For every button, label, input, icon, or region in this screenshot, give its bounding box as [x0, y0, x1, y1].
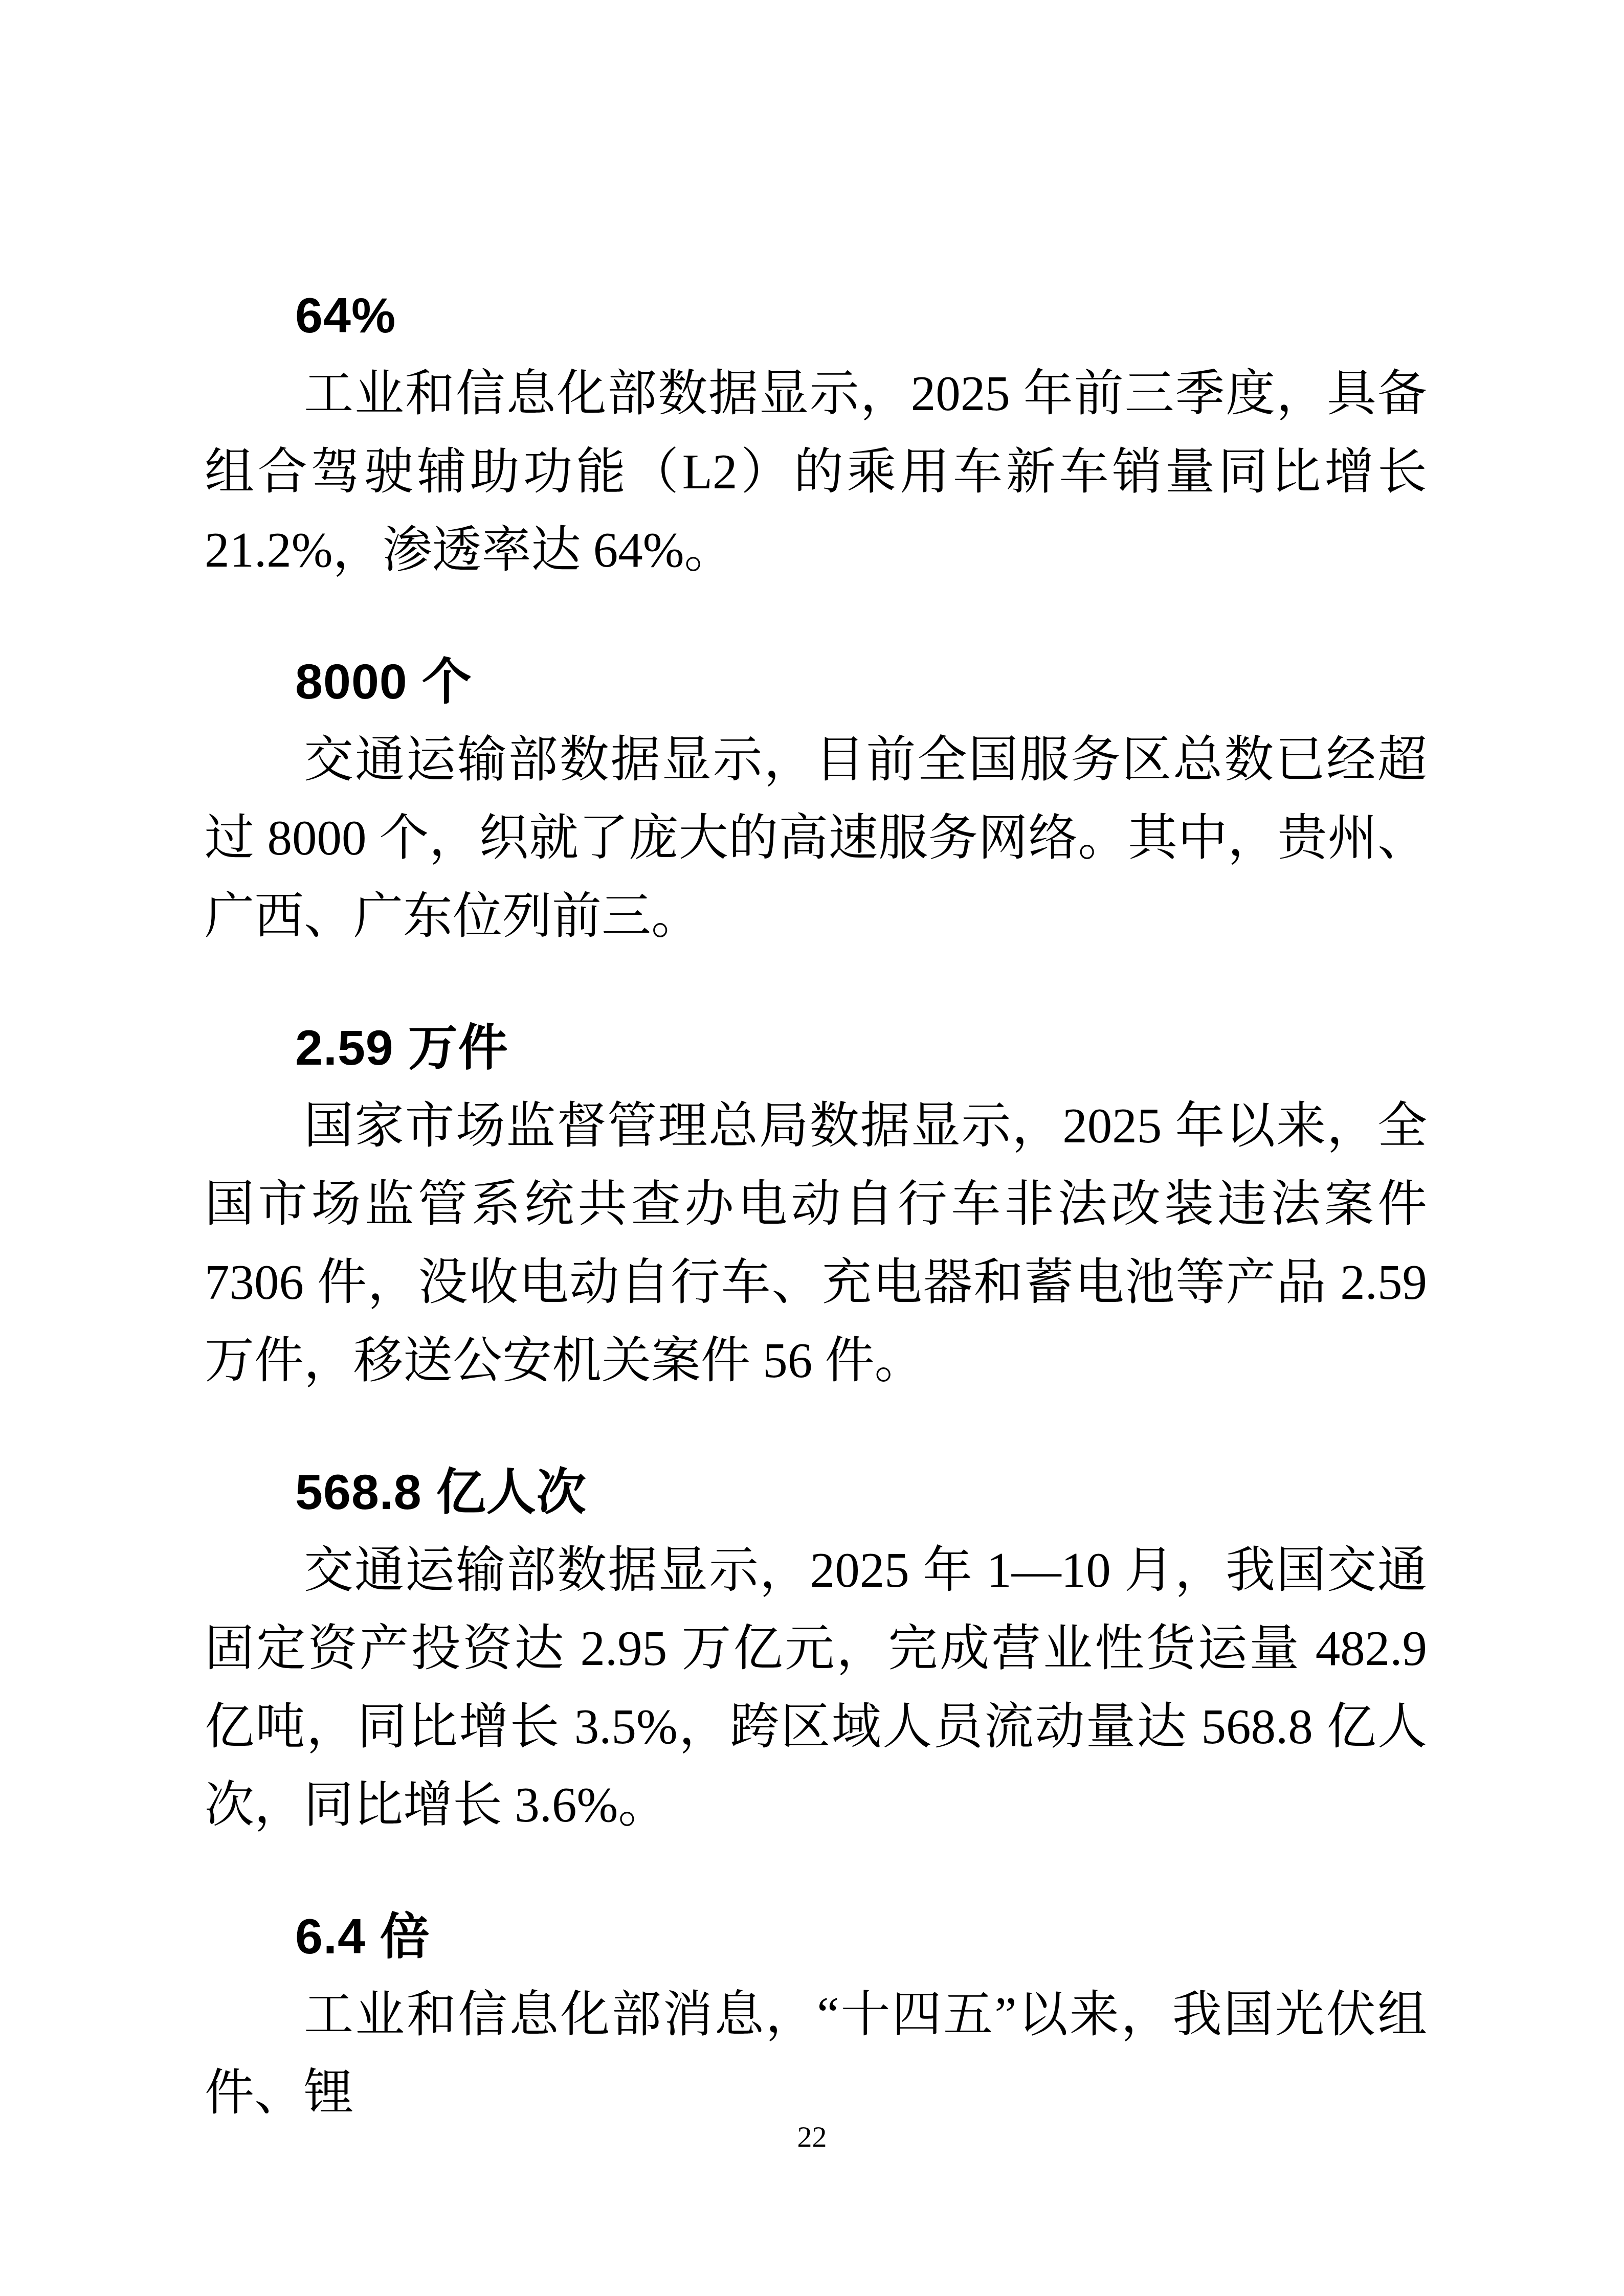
stat-paragraph: 交通运输部数据显示，目前全国服务区总数已经超过 8000 个，织就了庞大的高速服…: [205, 721, 1427, 955]
page-number: 22: [0, 2122, 1624, 2152]
stat-heading: 8000 个: [205, 642, 1427, 721]
stat-section-2-59-wan-jian: 2.59 万件 国家市场监督管理总局数据显示，2025 年以来，全国市场监管系统…: [205, 1008, 1427, 1400]
stat-heading: 64%: [205, 276, 1427, 354]
stat-section-6-4-bei: 6.4 倍 工业和信息化部消息，“十四五”以来，我国光伏组件、锂: [205, 1897, 1427, 2132]
stat-paragraph: 工业和信息化部消息，“十四五”以来，我国光伏组件、锂: [205, 1975, 1427, 2132]
stat-section-568-8-yi-renci: 568.8 亿人次 交通运输部数据显示，2025 年 1—10 月，我国交通固定…: [205, 1453, 1427, 1844]
document-page: { "document": { "page_number": "22", "co…: [0, 0, 1624, 2296]
stat-heading: 6.4 倍: [205, 1897, 1427, 1975]
stat-section-8000-service-areas: 8000 个 交通运输部数据显示，目前全国服务区总数已经超过 8000 个，织就…: [205, 642, 1427, 955]
stat-heading: 2.59 万件: [205, 1008, 1427, 1087]
stat-paragraph: 国家市场监督管理总局数据显示，2025 年以来，全国市场监管系统共查办电动自行车…: [205, 1087, 1427, 1400]
stat-section-64-percent: 64% 工业和信息化部数据显示，2025 年前三季度，具备组合驾驶辅助功能（L2…: [205, 276, 1427, 589]
stat-paragraph: 工业和信息化部数据显示，2025 年前三季度，具备组合驾驶辅助功能（L2）的乘用…: [205, 354, 1427, 589]
stat-heading: 568.8 亿人次: [205, 1453, 1427, 1531]
page-content: 64% 工业和信息化部数据显示，2025 年前三季度，具备组合驾驶辅助功能（L2…: [205, 276, 1427, 2132]
stat-paragraph: 交通运输部数据显示，2025 年 1—10 月，我国交通固定资产投资达 2.95…: [205, 1531, 1427, 1844]
